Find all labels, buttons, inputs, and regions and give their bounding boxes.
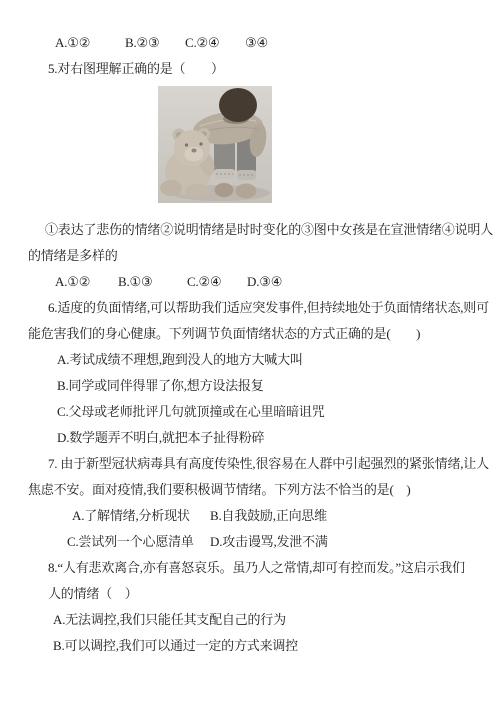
q6-option-c: C.父母或老师批评几句就顶撞或在心里暗暗诅咒: [28, 399, 473, 425]
prev-question-options-row: A.①②B.②③C.②④③④: [28, 30, 473, 56]
q7-options-row1: A.了解情绪,分析现状B.自我鼓励,正向思维: [28, 503, 473, 529]
prev-option-d: ③④: [245, 30, 268, 56]
prev-option-c: C.②④: [185, 30, 245, 56]
q7-option-b: B.自我鼓励,正向思维: [210, 503, 327, 529]
q5-stem: 5.对右图理解正确的是（ ）: [28, 56, 473, 82]
q8-option-a: A.无法调控,我们只能任其支配自己的行为: [28, 607, 473, 633]
q6-option-d: D.数学题弄不明白,就把本子扯得粉碎: [28, 425, 473, 451]
prev-option-a: A.①②: [55, 30, 125, 56]
prev-option-b: B.②③: [125, 30, 185, 56]
q7-option-c: C.尝试列一个心愿清单: [67, 529, 210, 555]
q6-option-b: B.同学或同伴得罪了你,想方设法报复: [28, 373, 473, 399]
q7-option-d: D.攻击谩骂,发泄不满: [210, 529, 328, 555]
q7-stem-line2: 焦虑不安。面对疫情,我们要积极调节情绪。下列方法不恰当的是( ): [28, 477, 473, 503]
q5-image: [158, 86, 272, 203]
q7-option-a: A.了解情绪,分析现状: [72, 503, 210, 529]
q8-stem-line1: 8.“人有悲欢离合,亦有喜怒哀乐。虽乃人之常情,却可有控而发。”这启示我们: [28, 555, 473, 581]
q5-option-b: B.①③: [118, 269, 187, 295]
q6-stem-line1: 6.适度的负面情绪,可以帮助我们适应突发事件,但持续地处于负面情绪状态,则可: [28, 295, 473, 321]
q5-option-d: D.③④: [247, 269, 282, 295]
q5-options-row: A.①②B.①③C.②④D.③④: [28, 269, 473, 295]
q5-statements-line1: ①表达了悲伤的情绪②说明情绪是时时变化的③图中女孩是在宣泄情绪④说明人: [28, 217, 473, 243]
q5-option-a: A.①②: [55, 269, 118, 295]
q8-option-b: B.可以调控,我们可以通过一定的方式来调控: [28, 633, 473, 659]
exam-page: A.①②B.②③C.②④③④ 5.对右图理解正确的是（ ）: [0, 0, 499, 706]
q7-stem-line1: 7. 由于新型冠状病毒具有高度传染性,很容易在人群中引起强烈的紧张情绪,让人: [28, 451, 473, 477]
q6-stem-line2: 能危害我们的身心健康。下列调节负面情绪状态的方式正确的是( ): [28, 321, 473, 347]
child-with-teddy-bear-photo: [158, 86, 272, 203]
q5-statements-line2: 的情绪是多样的: [28, 243, 473, 269]
child-hair: [219, 88, 257, 122]
q5-option-c: C.②④: [187, 269, 247, 295]
q6-option-a: A.考试成绩不理想,跑到没人的地方大喊大叫: [28, 347, 473, 373]
q7-options-row2: C.尝试列一个心愿清单D.攻击谩骂,发泄不满: [28, 529, 473, 555]
q8-stem-line2: 人的情绪（ ）: [28, 581, 473, 607]
